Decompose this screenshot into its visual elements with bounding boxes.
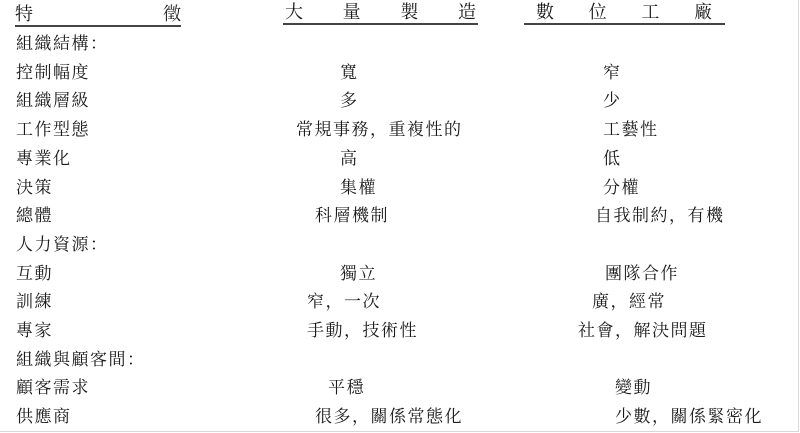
mass-production-value: 科層機制 xyxy=(315,202,389,230)
feature-label: 專業化 xyxy=(16,145,72,173)
section-heading-row: 人力資源： xyxy=(0,231,800,259)
digital-factory-value: 團隊合作 xyxy=(605,260,679,288)
header-digital-char: 位 xyxy=(589,3,607,23)
mass-production-value: 寬 xyxy=(340,59,359,87)
digital-factory-value: 少數，關係緊密化 xyxy=(615,403,763,431)
mass-production-value: 平穩 xyxy=(328,374,365,402)
digital-factory-value: 自我制約，有機 xyxy=(595,202,725,230)
table-row: 組織層級多少 xyxy=(0,87,800,115)
digital-factory-value: 分權 xyxy=(603,174,640,202)
digital-factory-value: 工藝性 xyxy=(603,116,659,144)
table-row: 控制幅度寬窄 xyxy=(0,59,800,87)
document-page: 特 徵 大 量 製 造 數 位 工 廠 組織結構：控制幅度寬窄組織層級多少工作型… xyxy=(0,0,799,432)
digital-factory-value: 社會，解決問題 xyxy=(578,317,708,345)
header-digital-char: 工 xyxy=(641,3,659,23)
header-digital-factory: 數 位 工 廠 xyxy=(524,3,725,25)
table-row: 訓練窄，一次廣，經常 xyxy=(0,288,800,316)
table-row: 工作型態常規事務，重複性的工藝性 xyxy=(0,116,800,144)
header-digital-char: 廠 xyxy=(694,3,712,23)
table-row: 專家手動，技術性社會，解決問題 xyxy=(0,317,800,345)
section-heading-row: 組織結構： xyxy=(0,30,800,58)
feature-label: 專家 xyxy=(16,317,53,345)
digital-factory-value: 廣，經常 xyxy=(592,288,666,316)
section-heading: 組織與顧客間： xyxy=(16,346,146,374)
mass-production-value: 手動，技術性 xyxy=(307,317,418,345)
mass-production-value: 集權 xyxy=(340,174,377,202)
feature-label: 供應商 xyxy=(16,403,72,431)
mass-production-value: 窄，一次 xyxy=(307,288,381,316)
section-heading-row: 組織與顧客間： xyxy=(0,346,800,374)
feature-label: 組織層級 xyxy=(16,87,90,115)
header-feature-char: 徵 xyxy=(163,5,181,25)
table-row: 互動獨立團隊合作 xyxy=(0,260,800,288)
feature-label: 控制幅度 xyxy=(16,59,90,87)
table-row: 供應商很多，關係常態化少數，關係緊密化 xyxy=(0,403,800,431)
section-heading: 人力資源： xyxy=(16,231,109,259)
mass-production-value: 多 xyxy=(340,87,359,115)
table-row: 總體科層機制自我制約，有機 xyxy=(0,202,800,230)
digital-factory-value: 低 xyxy=(603,145,622,173)
feature-label: 決策 xyxy=(16,174,53,202)
feature-label: 顧客需求 xyxy=(16,374,90,402)
header-mass-char: 造 xyxy=(458,3,476,23)
feature-label: 訓練 xyxy=(16,288,53,316)
header-mass-char: 製 xyxy=(400,3,418,23)
mass-production-value: 常規事務，重複性的 xyxy=(296,116,463,144)
header-feature-char: 特 xyxy=(15,5,33,25)
header-feature: 特 徵 xyxy=(15,3,181,27)
section-heading: 組織結構： xyxy=(16,30,109,58)
table-row: 顧客需求平穩變動 xyxy=(0,374,800,402)
mass-production-value: 獨立 xyxy=(340,260,377,288)
feature-label: 總體 xyxy=(16,202,53,230)
table-row: 決策集權分權 xyxy=(0,174,800,202)
feature-label: 互動 xyxy=(16,260,53,288)
header-digital-char: 數 xyxy=(536,3,554,23)
header-mass-production: 大 量 製 造 xyxy=(283,3,478,25)
header-mass-char: 大 xyxy=(285,3,303,23)
mass-production-value: 高 xyxy=(340,145,359,173)
digital-factory-value: 少 xyxy=(603,87,622,115)
digital-factory-value: 變動 xyxy=(615,374,652,402)
header-mass-char: 量 xyxy=(343,3,361,23)
mass-production-value: 很多，關係常態化 xyxy=(315,403,463,431)
feature-label: 工作型態 xyxy=(16,116,90,144)
table-row: 專業化高低 xyxy=(0,145,800,173)
digital-factory-value: 窄 xyxy=(603,59,622,87)
